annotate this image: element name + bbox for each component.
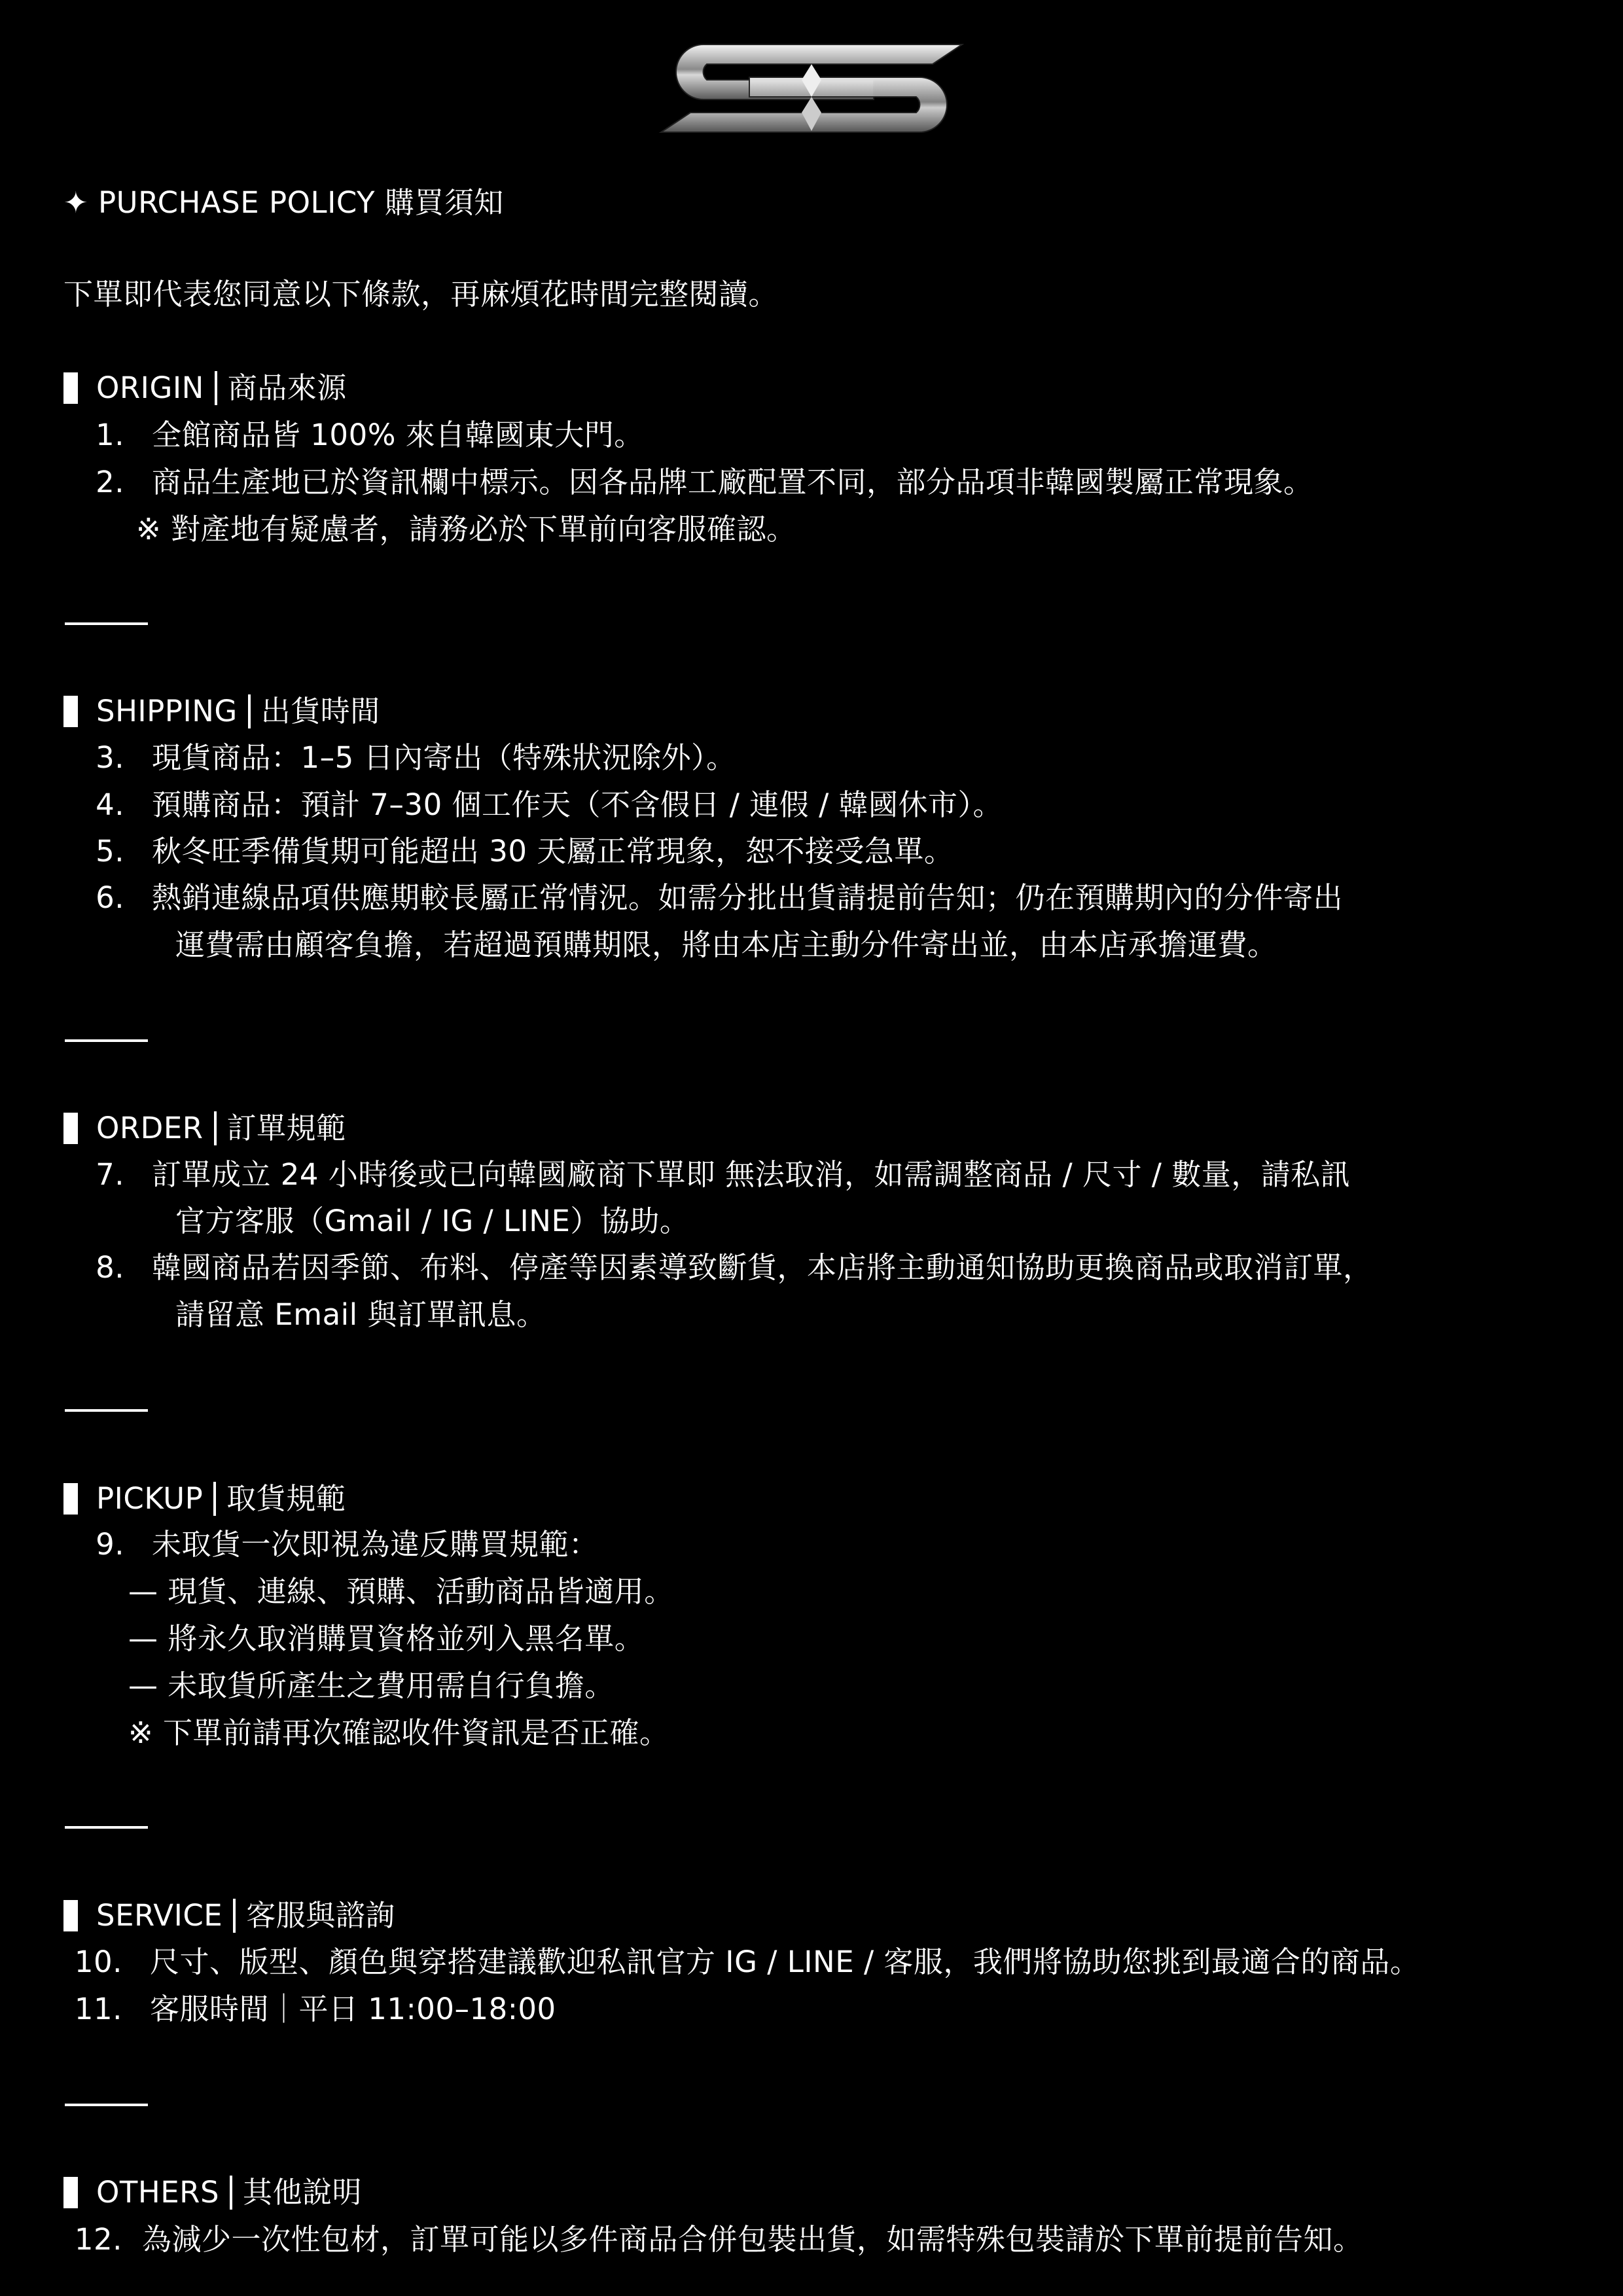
sparkle-icon: ✦ bbox=[63, 185, 88, 220]
separator bbox=[230, 2176, 232, 2210]
bullet-item: — 未取貨所產生之費用需自行負擔。 bbox=[128, 1666, 615, 1706]
list-item: 6.熱銷連線品項供應期較長屬正常情況。如需分批出貨請提前告知；仍在預購期內的分件… bbox=[79, 878, 1343, 918]
note-text: ※ 下單前請再次確認收件資訊是否正確。 bbox=[128, 1713, 669, 1753]
divider bbox=[65, 1409, 148, 1412]
list-item-continuation: 請留意 Email 與訂單訊息。 bbox=[175, 1295, 546, 1335]
heading-bar-icon bbox=[63, 2177, 78, 2208]
section-heading-service: SERVICE客服與諮詢 bbox=[63, 1896, 395, 1935]
list-item: 5.秋冬旺季備貨期可能超出 30 天屬正常現象，恕不接受急單。 bbox=[79, 832, 954, 871]
section-heading-pickup: PICKUP取貨規範 bbox=[63, 1479, 346, 1518]
divider bbox=[65, 1039, 148, 1042]
list-item: 4.預購商品：預計 7–30 個工作天（不含假日 / 連假 / 韓國休市）。 bbox=[79, 785, 1003, 825]
heading-bar-icon bbox=[63, 1113, 78, 1144]
separator bbox=[213, 1482, 216, 1516]
section-heading-order: ORDER訂單規範 bbox=[63, 1109, 346, 1148]
section-heading-origin: ORIGIN商品來源 bbox=[63, 368, 347, 408]
separator bbox=[214, 1111, 217, 1145]
list-item: 11.客服時間｜平日 11:00–18:00 bbox=[63, 1990, 556, 2029]
page-title: ✦ PURCHASE POLICY 購買須知 bbox=[63, 183, 504, 223]
list-item: 1.全館商品皆 100% 來自韓國東大門。 bbox=[79, 416, 644, 455]
heading-bar-icon bbox=[63, 1900, 78, 1931]
separator bbox=[248, 694, 251, 728]
section-heading-others: OTHERS其他說明 bbox=[63, 2173, 362, 2212]
intro-text: 下單即代表您同意以下條款，再麻煩花時間完整閱讀。 bbox=[63, 275, 778, 314]
list-item-continuation: 運費需由顧客負擔，若超過預購期限，將由本店主動分件寄出並，由本店承擔運費。 bbox=[175, 925, 1277, 965]
bullet-item: — 現貨、連線、預購、活動商品皆適用。 bbox=[128, 1572, 674, 1611]
list-item: 3.現貨商品：1–5 日內寄出（特殊狀況除外）。 bbox=[79, 738, 736, 778]
brand-logo-icon bbox=[658, 39, 965, 137]
section-heading-shipping: SHIPPING出貨時間 bbox=[63, 692, 380, 731]
list-item: 10.尺寸、版型、顏色與穿搭建議歡迎私訊官方 IG / LINE / 客服，我們… bbox=[63, 1943, 1419, 1982]
list-item: 7.訂單成立 24 小時後或已向韓國廠商下單即 無法取消，如需調整商品 / 尺寸… bbox=[79, 1155, 1350, 1194]
list-item: 2.商品生產地已於資訊欄中標示。因各品牌工廠配置不同，部分品項非韓國製屬正常現象… bbox=[79, 463, 1313, 502]
heading-bar-icon bbox=[63, 1483, 78, 1515]
note-text: ※ 對產地有疑慮者，請務必於下單前向客服確認。 bbox=[136, 510, 796, 549]
heading-bar-icon bbox=[63, 372, 78, 404]
bullet-item: — 將永久取消購買資格並列入黑名單。 bbox=[128, 1619, 644, 1659]
divider bbox=[65, 622, 148, 625]
heading-bar-icon bbox=[63, 696, 78, 727]
divider bbox=[65, 1826, 148, 1829]
separator bbox=[233, 1899, 236, 1933]
list-item-continuation: 官方客服（Gmail / IG / LINE）協助。 bbox=[175, 1202, 689, 1241]
list-item: 8.韓國商品若因季節、布料、停產等因素導致斷貨，本店將主動通知協助更換商品或取消… bbox=[79, 1248, 1373, 1287]
separator bbox=[215, 371, 217, 405]
divider bbox=[65, 2104, 148, 2106]
list-item: 12.為減少一次性包材，訂單可能以多件商品合併包裝出貨，如需特殊包裝請於下單前提… bbox=[63, 2220, 1363, 2259]
list-item: 9.未取貨一次即視為違反購買規範： bbox=[79, 1525, 599, 1564]
